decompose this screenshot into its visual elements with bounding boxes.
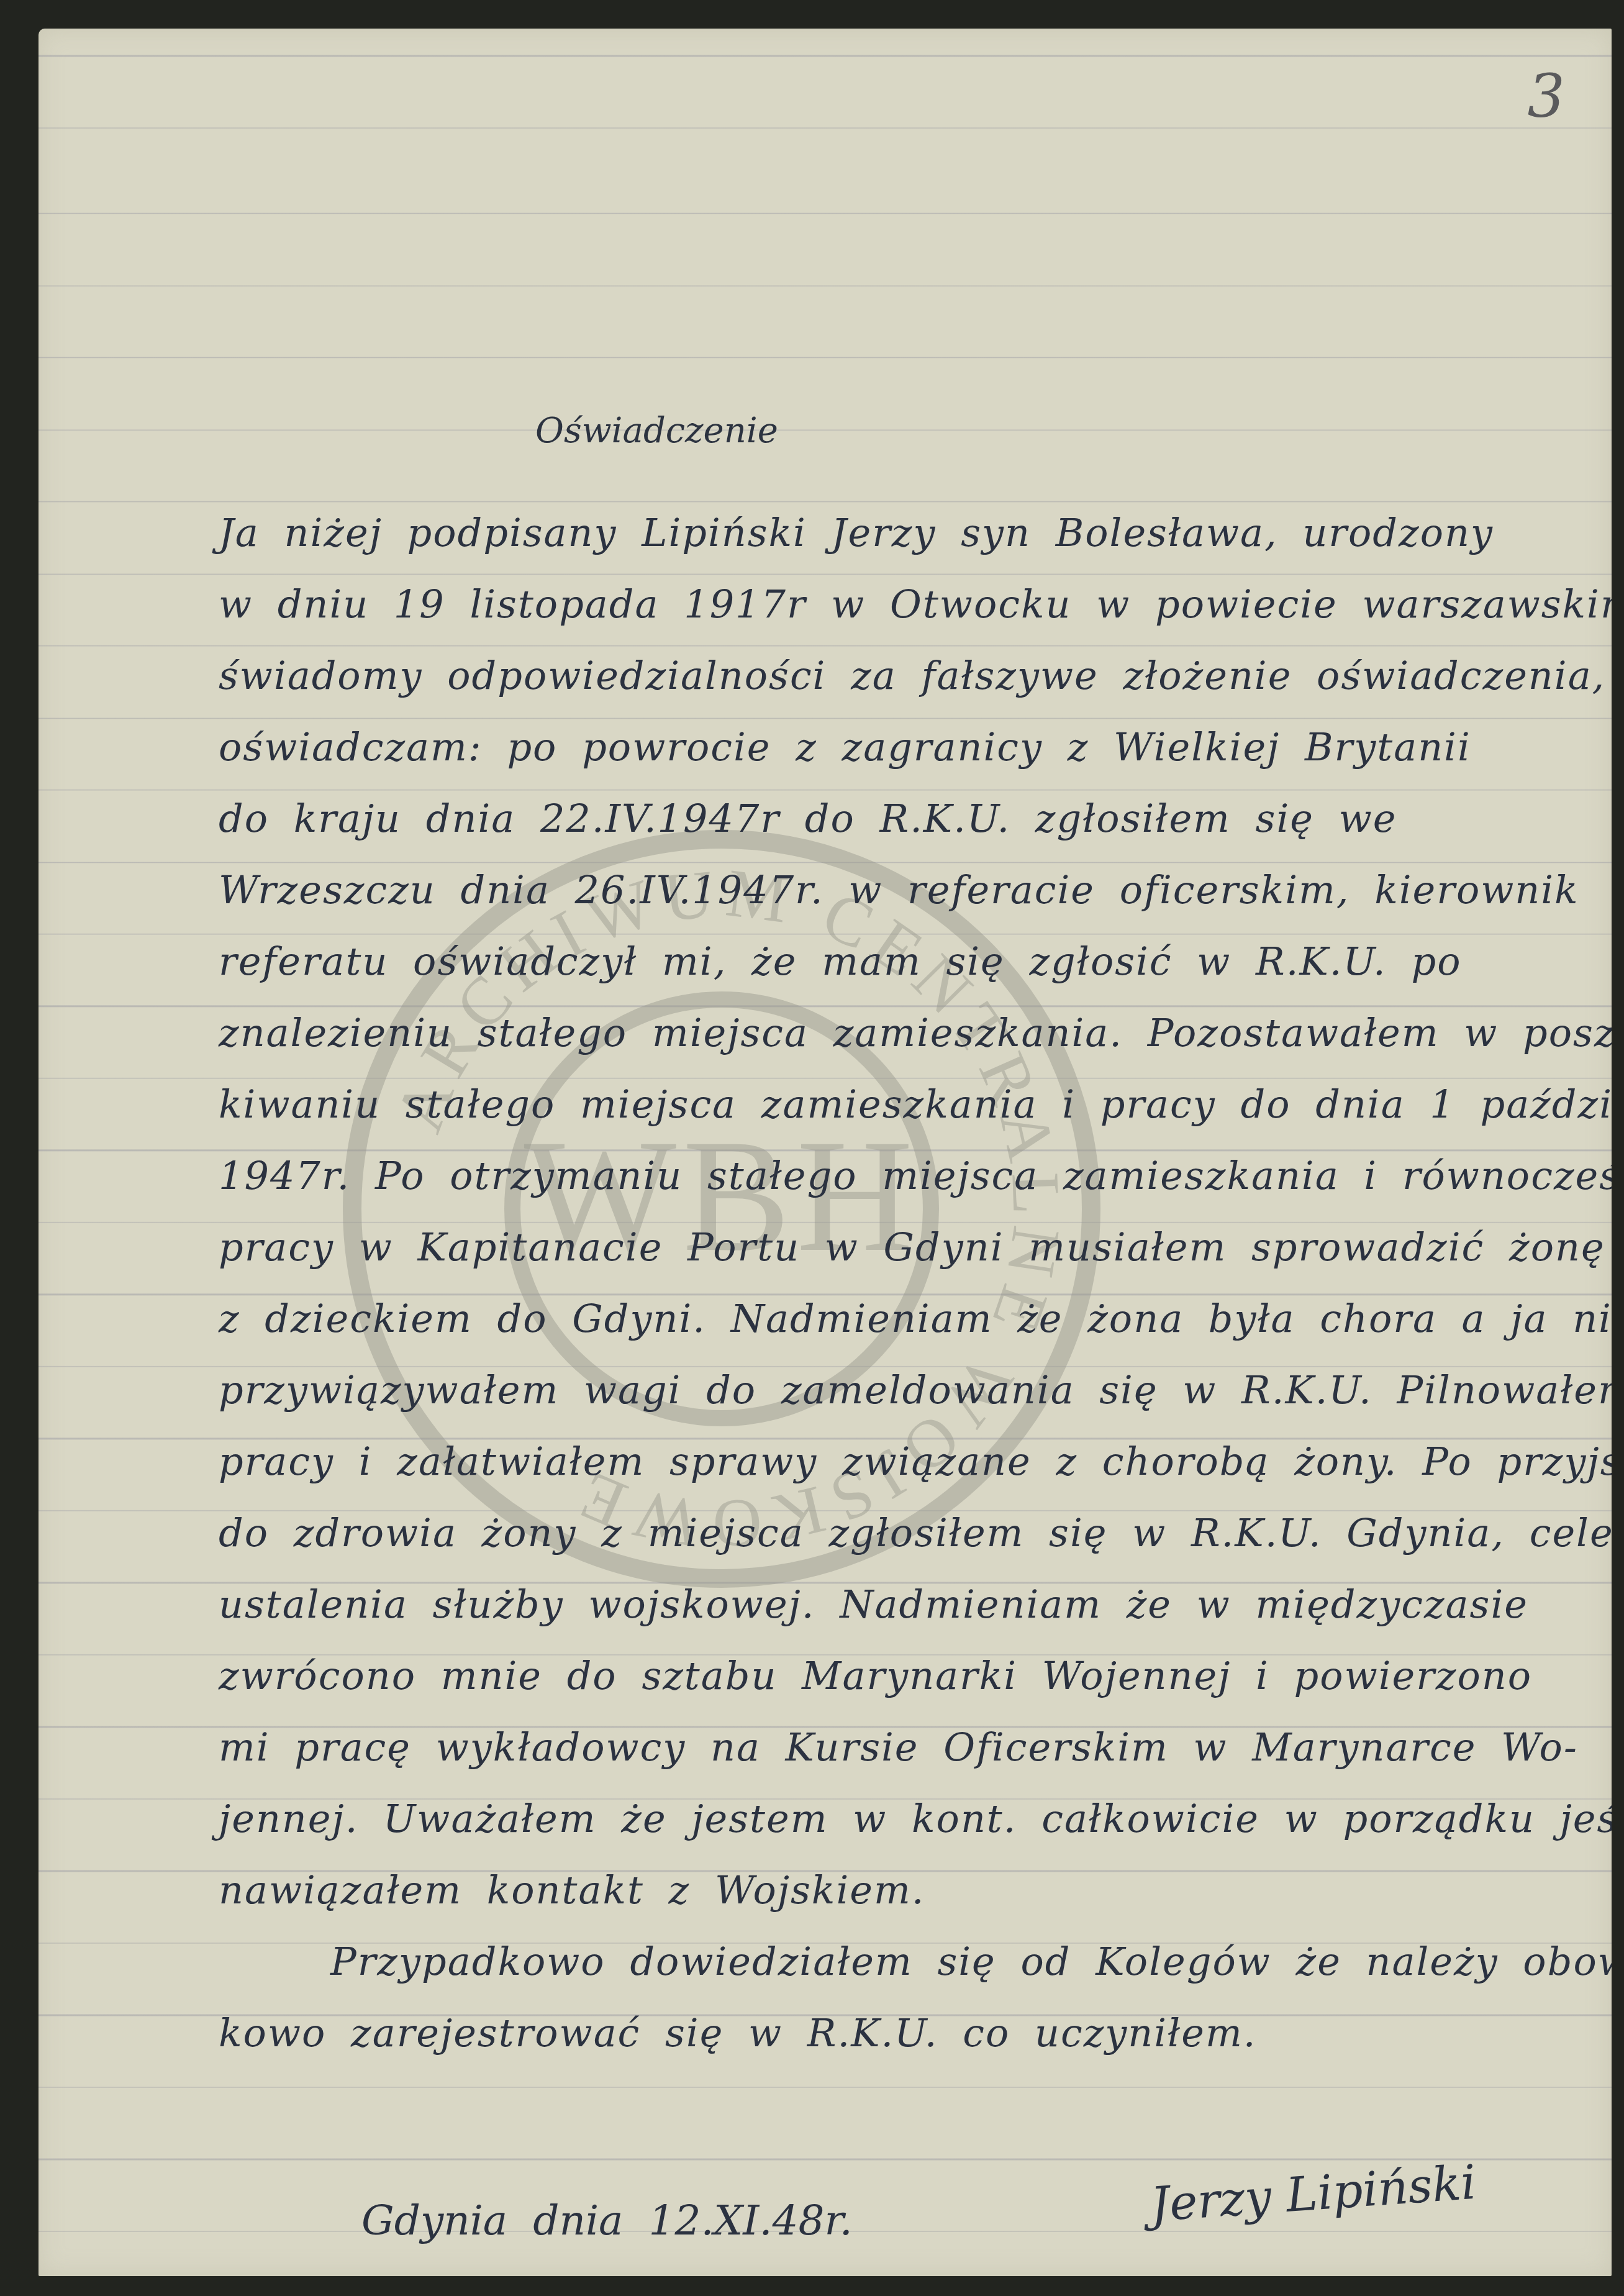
body-line: mi pracę wykładowcy na Kursie Oficerskim… (219, 1724, 1578, 1770)
body-line: 1947r. Po otrzymaniu stałego miejsca zam… (219, 1153, 1612, 1198)
place-and-date: Gdynia dnia 12.XI.48r. (361, 2197, 853, 2244)
body-line: nawiązałem kontakt z Wojskiem. (219, 1867, 925, 1913)
body-line: Przypadkowo dowiedziałem się od Kolegów … (330, 1939, 1612, 1984)
body-line: kowo zarejestrować się w R.K.U. co uczyn… (219, 2010, 1256, 2056)
body-line: referatu oświadczył mi, że mam się zgłos… (219, 939, 1462, 984)
body-line: kiwaniu stałego miejsca zamieszkania i p… (219, 1082, 1612, 1127)
body-line: Ja niżej podpisany Lipiński Jerzy syn Bo… (219, 510, 1494, 555)
document-title: Oświadczenie (535, 411, 778, 451)
body-line: do kraju dnia 22.IV.1947r do R.K.U. zgło… (219, 796, 1397, 841)
page-number: 3 (1528, 63, 1565, 131)
document-page: 3 ARCHIWUM CENTRALNE WOJSKOWE WBH Oświad… (39, 29, 1612, 2276)
body-line: przywiązywałem wagi do zameldowania się … (219, 1367, 1612, 1413)
body-line: do zdrowia żony z miejsca zgłosiłem się … (219, 1510, 1612, 1556)
body-line: z dzieckiem do Gdyni. Nadmieniam że żona… (219, 1296, 1612, 1341)
body-line: pracy w Kapitanacie Portu w Gdyni musiał… (219, 1224, 1605, 1270)
body-line: jennej. Uważałem że jestem w kont. całko… (219, 1796, 1612, 1841)
body-line: zwrócono mnie do sztabu Marynarki Wojenn… (219, 1653, 1532, 1698)
body-line: ustalenia służby wojskowej. Nadmieniam ż… (219, 1582, 1528, 1627)
body-line: pracy i załatwiałem sprawy związane z ch… (219, 1439, 1612, 1484)
body-line: oświadczam: po powrocie z zagranicy z Wi… (219, 724, 1471, 770)
body-line: w dniu 19 listopada 1917r w Otwocku w po… (219, 581, 1612, 627)
body-line: znalezieniu stałego miejsca zamieszkania… (219, 1010, 1612, 1055)
body-line: świadomy odpowiedzialności za fałszywe z… (219, 653, 1605, 698)
body-line: Wrzeszczu dnia 26.IV.1947r. w referacie … (219, 867, 1579, 913)
